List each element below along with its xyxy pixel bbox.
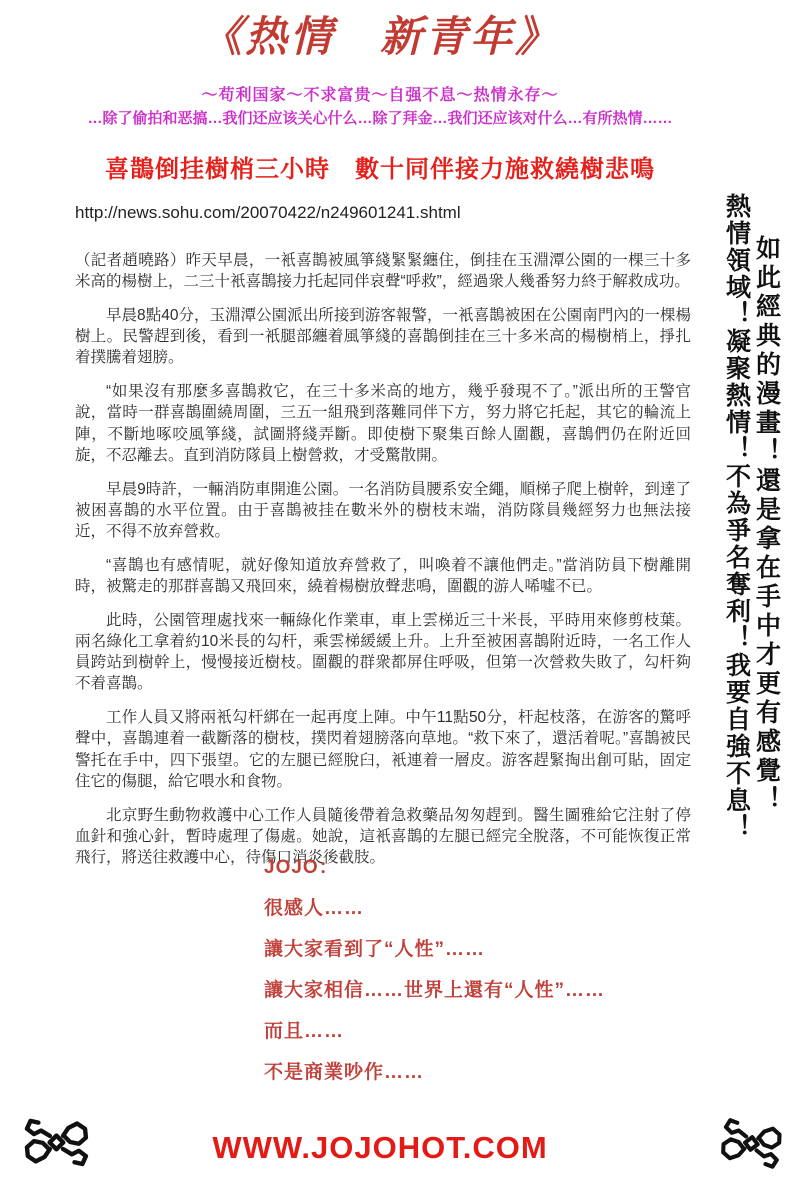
pinwheel-fleuron-icon	[12, 1098, 100, 1186]
website-link[interactable]: WWW.JOJOHOT.COM	[0, 1130, 760, 1166]
page-title: 《热情 新青年》	[0, 14, 760, 60]
vertical-slogan-right: 如此經典的漫畫！還是拿在手中才更有感覺！	[752, 235, 780, 815]
vertical-slogan-left: 熱情領域！凝聚熱情！不為爭名奪利！我要自強不息！	[722, 193, 750, 841]
comment-line: 很感人……	[264, 893, 605, 920]
zine-page: 《热情 新青年》 ～苟利国家～不求富贵～自强不息～热情永存～ …除了偷拍和恶搞……	[0, 0, 800, 1188]
article-paragraph: “如果沒有那麼多喜鵲救它，在三十多米高的地方，幾乎發現不了。”派出所的王警官說，…	[75, 381, 691, 465]
comment-line: 不是商業吵作……	[264, 1057, 605, 1084]
article-paragraph: 工作人員又將兩衹勾杆綁在一起再度上陣。中午11點50分，杆起枝落，在游客的驚呼聲…	[75, 707, 691, 791]
masthead-slogan-line2: …除了偷拍和恶搞…我们还应该关心什么…除了拜金…我们还应该对什么…有所热情……	[0, 107, 760, 128]
article-paragraph: （記者趙曉路）昨天早晨，一衹喜鵲被風箏綫緊緊纏住，倒挂在玉淵潭公園的一棵三十多米…	[75, 250, 691, 292]
article-paragraph: “喜鵲也有感情呢，就好像知道放弃營救了，叫喚着不讓他們走。”當消防員下樹離開時，…	[75, 555, 691, 597]
comment-line: 讓大家看到了“人性”……	[264, 934, 605, 961]
article-body: http://news.sohu.com/20070422/n249601241…	[75, 203, 691, 881]
comment-line: 而且……	[264, 1016, 605, 1043]
masthead: 《热情 新青年》 ～苟利国家～不求富贵～自强不息～热情永存～ …除了偷拍和恶搞……	[0, 14, 760, 128]
comment-author: JOJO：	[264, 852, 605, 879]
comment-block: JOJO： 很感人…… 讓大家看到了“人性”…… 讓大家相信……世界上還有“人性…	[264, 852, 605, 1098]
pinwheel-fleuron-icon	[705, 1097, 798, 1188]
article-paragraph: 此時，公園管理處找來一輛綠化作業車，車上雲梯近三十米長，平時用來修剪枝葉。兩名綠…	[75, 610, 691, 694]
article-paragraph: 早晨9時許，一輛消防車開進公園。一名消防員腰系安全繩，順梯子爬上樹幹，到達了被困…	[75, 479, 691, 542]
masthead-slogan-line1: ～苟利国家～不求富贵～自强不息～热情永存～	[0, 82, 760, 105]
article-paragraph: 早晨8點40分，玉淵潭公園派出所接到游客報警，一衹喜鵲被困在公園南門內的一棵楊樹…	[75, 305, 691, 368]
comment-line: 讓大家相信……世界上還有“人性”……	[264, 975, 605, 1002]
article-headline: 喜鵲倒挂樹梢三小時 數十同伴接力施救繞樹悲鳴	[0, 149, 760, 184]
source-url: http://news.sohu.com/20070422/n249601241…	[75, 203, 691, 223]
